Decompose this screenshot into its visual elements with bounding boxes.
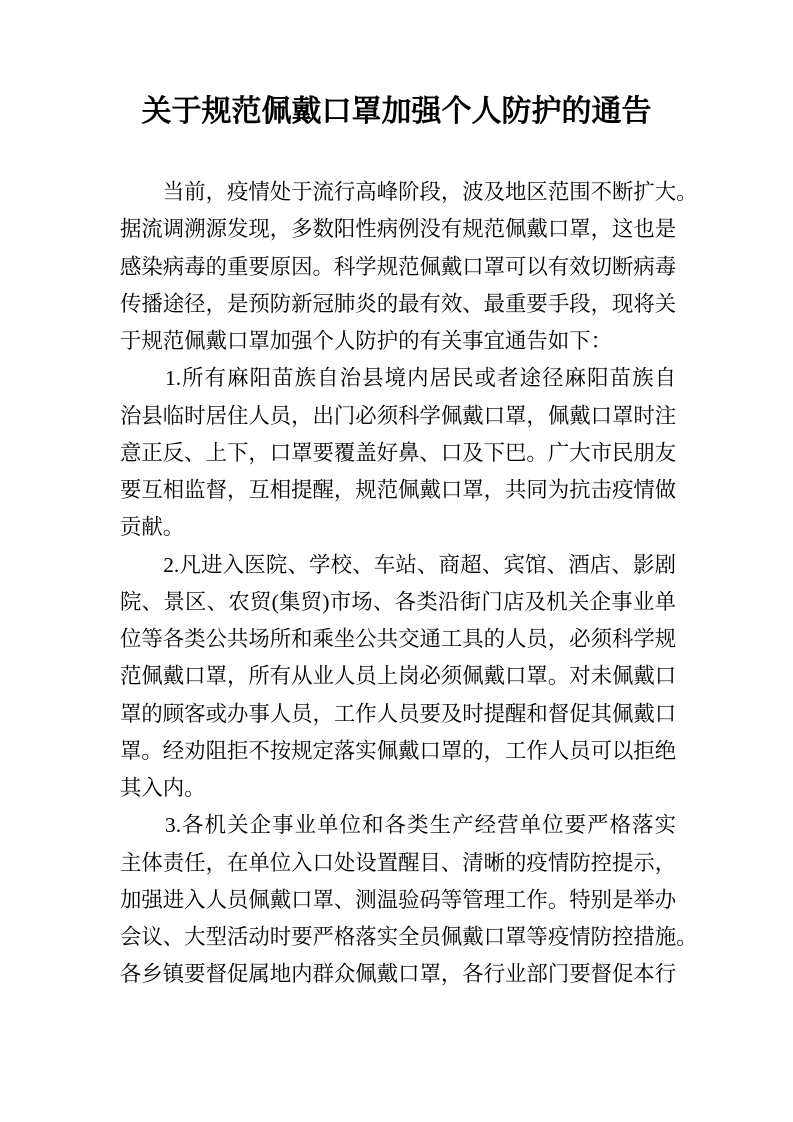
text-line: 传播途径，是预防新冠肺炎的最有效、最重要手段，现将关: [120, 286, 676, 323]
paragraph-item-3: 3.各机关企事业单位和各类生产经营单位要严格落实 主体责任，在单位入口处设置醒目…: [120, 807, 676, 993]
text-line: 要互相监督，互相提醒，规范佩戴口罩，共同为抗击疫情做: [120, 472, 676, 509]
text-line: 院、景区、农贸(集贸)市场、各类沿街门店及机关企事业单: [120, 584, 676, 621]
paragraph-item-2: 2.凡进入医院、学校、车站、商超、宾馆、酒店、影剧 院、景区、农贸(集贸)市场、…: [120, 547, 676, 808]
text-line: 意正反、上下，口罩要覆盖好鼻、口及下巴。广大市民朋友: [120, 435, 676, 472]
text-line: 罩的顾客或办事人员，工作人员要及时提醒和督促其佩戴口: [120, 696, 676, 733]
paragraph-intro: 当前，疫情处于流行高峰阶段，波及地区范围不断扩大。 据流调溯源发现，多数阳性病例…: [120, 174, 676, 360]
text-line: 位等各类公共场所和乘坐公共交通工具的人员，必须科学规: [120, 621, 676, 658]
text-line: 主体责任，在单位入口处设置醒目、清晰的疫情防控提示，: [120, 845, 676, 882]
text-line: 据流调溯源发现，多数阳性病例没有规范佩戴口罩，这也是: [120, 211, 676, 248]
document-body: 当前，疫情处于流行高峰阶段，波及地区范围不断扩大。 据流调溯源发现，多数阳性病例…: [120, 174, 676, 994]
text-line: 于规范佩戴口罩加强个人防护的有关事宜通告如下：: [120, 323, 676, 360]
text-line: 2.凡进入医院、学校、车站、商超、宾馆、酒店、影剧: [120, 547, 676, 584]
text-line: 当前，疫情处于流行高峰阶段，波及地区范围不断扩大。: [120, 174, 676, 211]
paragraph-item-1: 1.所有麻阳苗族自治县境内居民或者途径麻阳苗族自 治县临时居住人员，出门必须科学…: [120, 360, 676, 546]
text-line: 贡献。: [120, 509, 676, 546]
text-line: 加强进入人员佩戴口罩、测温验码等管理工作。特别是举办: [120, 882, 676, 919]
text-line: 感染病毒的重要原因。科学规范佩戴口罩可以有效切断病毒: [120, 249, 676, 286]
text-line: 其入内。: [120, 770, 676, 807]
text-line: 各乡镇要督促属地内群众佩戴口罩，各行业部门要督促本行: [120, 956, 676, 993]
document-title: 关于规范佩戴口罩加强个人防护的通告: [0, 92, 793, 132]
text-line: 3.各机关企事业单位和各类生产经营单位要严格落实: [120, 807, 676, 844]
text-line: 会议、大型活动时要严格落实全员佩戴口罩等疫情防控措施。: [120, 919, 676, 956]
text-line: 范佩戴口罩，所有从业人员上岗必须佩戴口罩。对未佩戴口: [120, 658, 676, 695]
text-line: 罩。经劝阻拒不按规定落实佩戴口罩的，工作人员可以拒绝: [120, 733, 676, 770]
text-line: 治县临时居住人员，出门必须科学佩戴口罩，佩戴口罩时注: [120, 398, 676, 435]
document-page: 关于规范佩戴口罩加强个人防护的通告 当前，疫情处于流行高峰阶段，波及地区范围不断…: [0, 0, 793, 1122]
text-line: 1.所有麻阳苗族自治县境内居民或者途径麻阳苗族自: [120, 360, 676, 397]
